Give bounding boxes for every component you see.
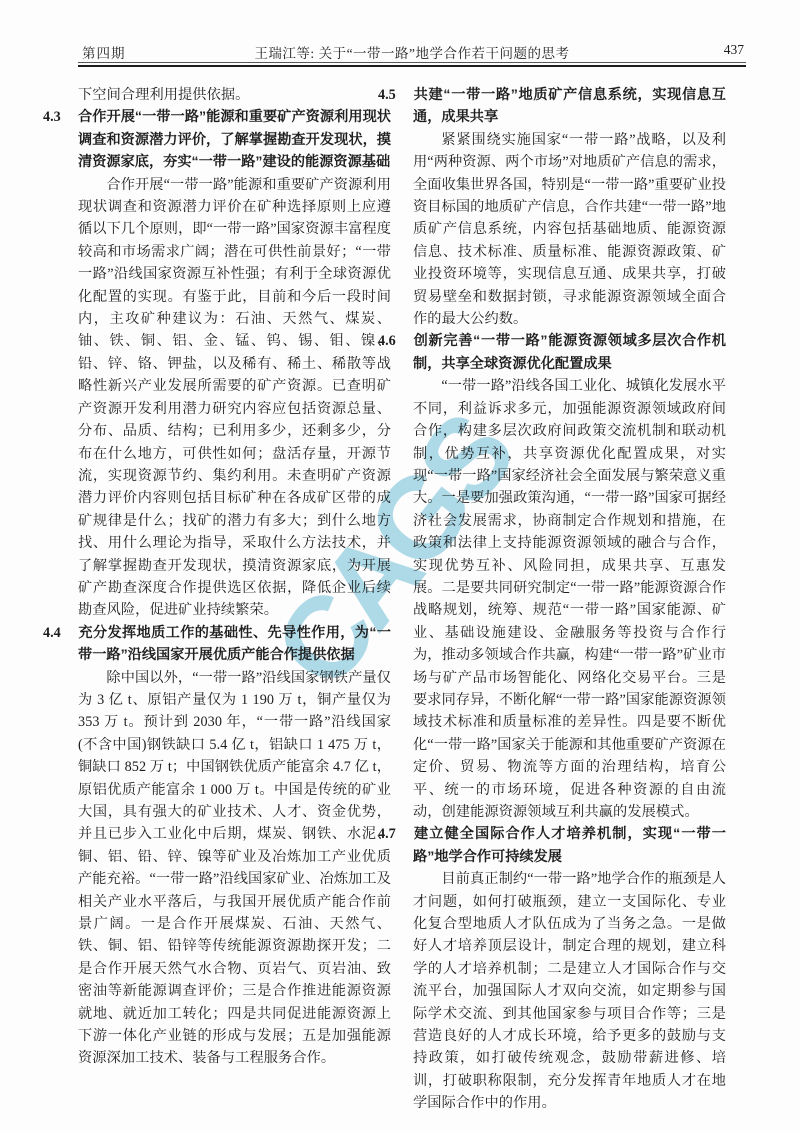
section-number: 4.4 <box>43 622 78 644</box>
section-heading-4.3: 4.3合作开展“一带一路”能源和重要矿产资源利用现状调查和资源潜力评价，了解掌握… <box>78 106 391 173</box>
journal-page: 第四期 王瑞江等: 关于“一带一路”地学合作若干问题的思考 437 CAGS 下… <box>0 0 800 1131</box>
running-header: 第四期 王瑞江等: 关于“一带一路”地学合作若干问题的思考 437 <box>78 42 746 60</box>
section-heading-text: 共建“一带一路”地质矿产信息系统，实现信息互通，成果共享 <box>413 87 726 125</box>
section-number: 4.7 <box>378 823 413 845</box>
running-title: 王瑞江等: 关于“一带一路”地学合作若干问题的思考 <box>78 42 746 62</box>
section-number: 4.5 <box>378 84 413 106</box>
paragraph: 除中国以外，“一带一路”沿线国家钢铁产量仅为 3 亿 t、原铝产量仅为 1 19… <box>78 667 391 1070</box>
paragraph: 下空间合理利用提供依据。 <box>78 84 391 106</box>
section-heading-text: 创新完善“一带一路”能源资源领域多层次合作机制，共享全球资源优化配置成果 <box>413 333 726 371</box>
section-heading-4.4: 4.4充分发挥地质工作的基础性、先导性作用，为“一带一路”沿线国家开展优质产能合… <box>78 622 391 667</box>
section-heading-4.5: 4.5共建“一带一路”地质矿产信息系统，实现信息互通，成果共享 <box>413 84 726 129</box>
section-number: 4.6 <box>378 330 413 352</box>
paragraph: 紧紧围绕实施国家“一带一路”战略，以及利用“两种资源、两个市场”对地质矿产信息的… <box>413 129 726 331</box>
header-rule-thin <box>78 62 746 63</box>
section-heading-text: 建立健全国际合作人才培养机制，实现“一带一路”地学合作可持续发展 <box>413 826 726 864</box>
section-heading-4.7: 4.7建立健全国际合作人才培养机制，实现“一带一路”地学合作可持续发展 <box>413 823 726 868</box>
section-heading-text: 充分发挥地质工作的基础性、先导性作用，为“一带一路”沿线国家开展优质产能合作提供… <box>78 625 391 663</box>
section-heading-4.6: 4.6创新完善“一带一路”能源资源领域多层次合作机制，共享全球资源优化配置成果 <box>413 330 726 375</box>
paragraph: “一带一路”沿线各国工业化、城镇化发展水平不同，利益诉求多元，加强能源资源领域政… <box>413 375 726 823</box>
section-number: 4.3 <box>43 106 78 128</box>
header-rule-thick <box>78 65 746 67</box>
column-left: 下空间合理利用提供依据。4.3合作开展“一带一路”能源和重要矿产资源利用现状调查… <box>78 84 391 1070</box>
paragraph: 合作开展“一带一路”能源和重要矿产资源利用现状调查和资源潜力评价在矿种选择原则上… <box>78 174 391 622</box>
section-heading-text: 合作开展“一带一路”能源和重要矿产资源利用现状调查和资源潜力评价，了解掌握勘查开… <box>78 109 391 170</box>
column-right: 4.5共建“一带一路”地质矿产信息系统，实现信息互通，成果共享紧紧围绕实施国家“… <box>413 84 726 1115</box>
paragraph: 目前真正制约“一带一路”地学合作的瓶颈是人才问题，如何打破瓶颈，建立一支国际化、… <box>413 868 726 1114</box>
page-number: 437 <box>724 42 744 58</box>
